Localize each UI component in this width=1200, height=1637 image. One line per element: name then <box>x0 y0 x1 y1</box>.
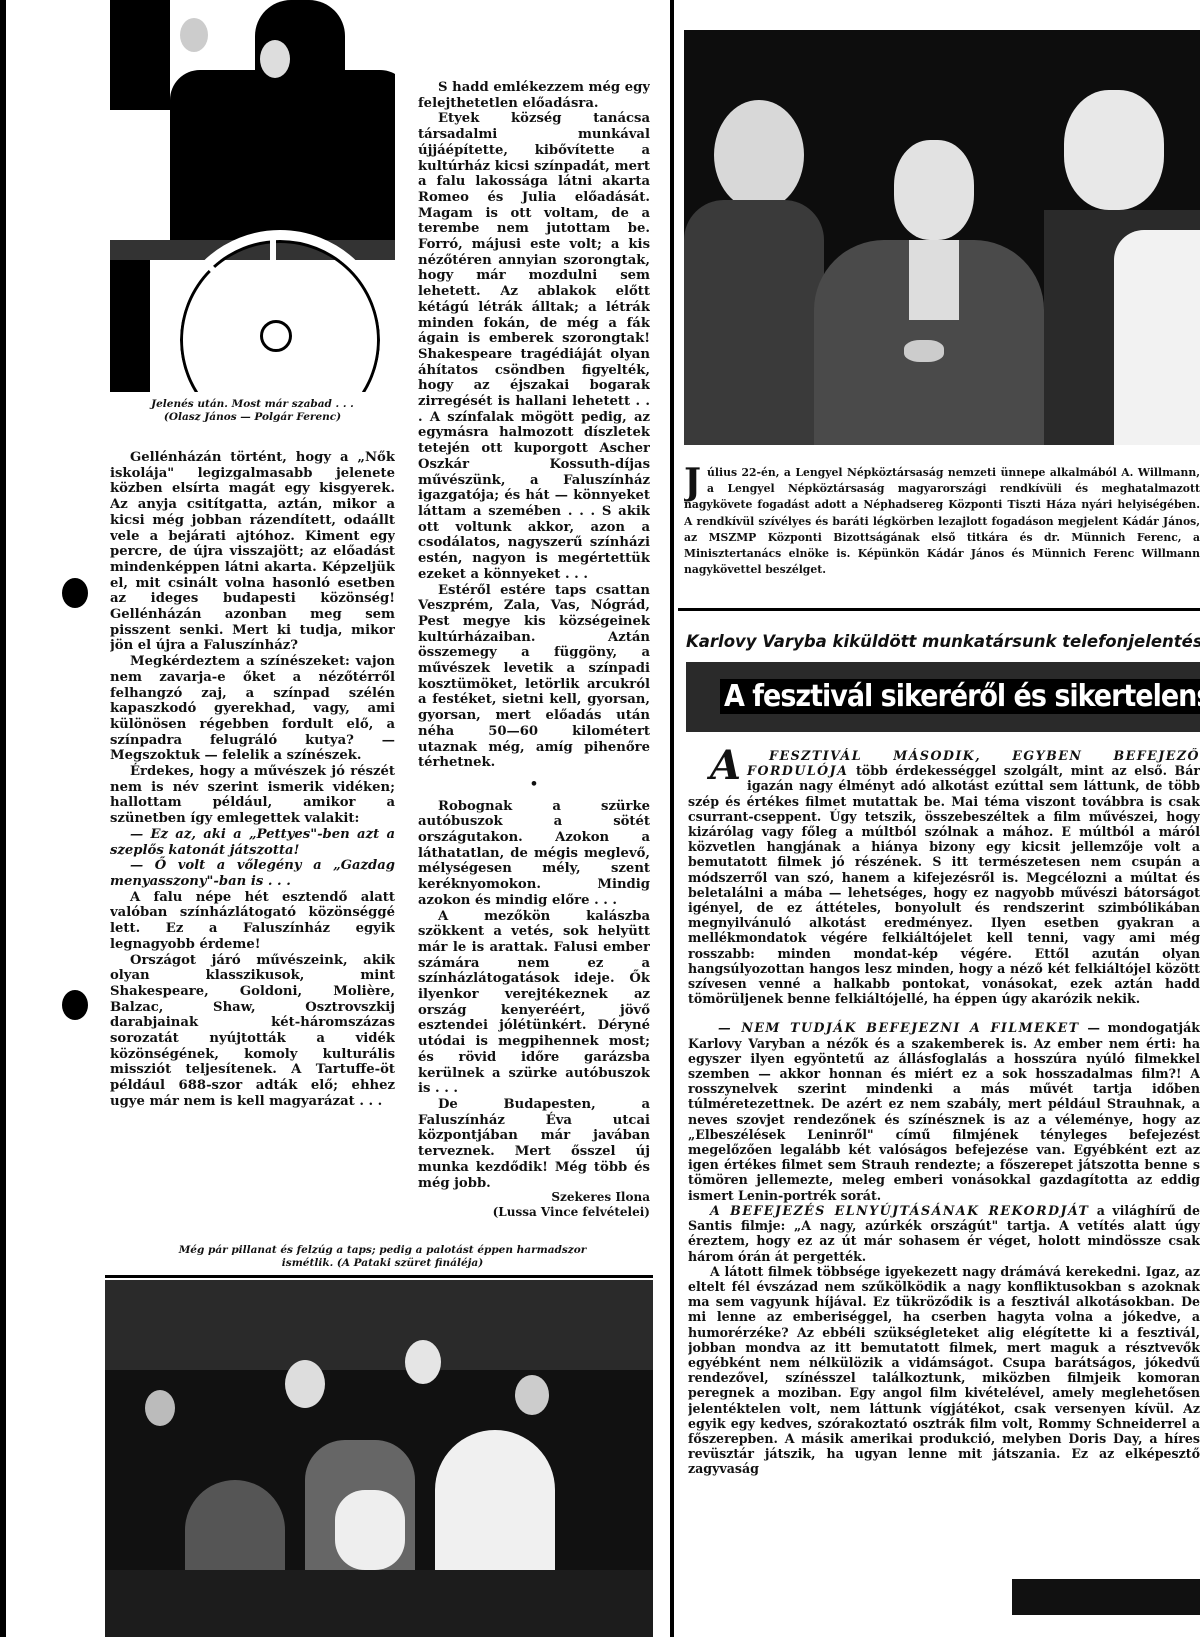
paragraph: A BEFEJEZÉS ELNYÚJTÁSÁNAK REKORDJÁT a vi… <box>688 1203 1200 1264</box>
headline-text: A fesztivál sikeréről és sikertelenségei… <box>720 679 1200 714</box>
paragraph: Robognak a szürke autóbuszok a sötét ors… <box>418 799 650 909</box>
black-block <box>1012 1579 1200 1615</box>
article-column-1: Gellénházán történt, hogy a „Nők iskoláj… <box>110 450 395 1220</box>
page-edge <box>0 0 6 1637</box>
paragraph: A látott filmek többsége igyekezett nagy… <box>688 1264 1200 1477</box>
paragraph: — Ő volt a vőlegény a „Gazdag menyasszon… <box>110 858 395 889</box>
paragraph: De Budapesten, a Faluszínház Éva utcai k… <box>418 1097 650 1190</box>
photo-carriage-scene <box>110 0 395 392</box>
punch-hole <box>62 990 88 1020</box>
paragraph: A mezőkön kalászba szökkent a vetés, sok… <box>418 909 650 1097</box>
photo-credit: (Lussa Vince felvételei) <box>418 1205 650 1220</box>
paragraph: Estéről estére taps csattan Veszprém, Za… <box>418 583 650 771</box>
paragraph-text: — mondogatják Karlovy Varyban a nézők és… <box>688 1020 1200 1202</box>
section-divider <box>678 608 1200 611</box>
photo-bottom-caption: Még pár pillanat és felzúg a taps; pedig… <box>110 1244 655 1270</box>
lead-paragraph: AFESZTIVÁL MÁSODIK, EGYBEN BEFEJEZŐ FORD… <box>688 748 1200 1006</box>
article-headline-banner: A fesztivál sikeréről és sikertelenségei… <box>686 662 1200 732</box>
drop-cap: J <box>684 467 701 497</box>
author-name: Szekeres Ilona <box>418 1190 650 1205</box>
subhead-caps: — NEM TUDJÁK BEFEJEZNI A FILMEKET <box>718 1020 1080 1035</box>
paragraph: Országot járó művészeink, akik olyan kla… <box>110 953 395 1110</box>
article-byline: Szekeres Ilona (Lussa Vince felvételei) <box>418 1190 650 1220</box>
caption-line: ismétlik. (A Pataki szüret fináléja) <box>110 1257 655 1270</box>
article-body-right: AFESZTIVÁL MÁSODIK, EGYBEN BEFEJEZŐ FORD… <box>688 748 1200 1543</box>
paragraph: Gellénházán történt, hogy a „Nők iskoláj… <box>110 450 395 654</box>
photo-top-caption: Jelenés után. Most már szabad . . . (Ola… <box>110 398 395 424</box>
paragraph: — Ez az, aki a „Pettyes"-ben azt a szepl… <box>110 827 395 858</box>
section-separator: • <box>418 777 650 793</box>
caption-line: Jelenés után. Most már szabad . . . <box>110 398 395 411</box>
punch-hole <box>62 578 88 608</box>
caption-text: úlius 22-én, a Lengyel Népköztársaság ne… <box>684 466 1200 576</box>
paragraph: Érdekes, hogy a művészek jó részét nem i… <box>110 764 395 827</box>
article-kicker: Karlovy Varyba kiküldött munkatársunk te… <box>686 632 1200 651</box>
column-rule <box>670 0 674 1637</box>
subhead-caps: A BEFEJEZÉS ELNYÚJTÁSÁNAK REKORDJÁT <box>710 1203 1089 1218</box>
article-column-2: S hadd emlékezzem még egy felejthetetlen… <box>418 80 650 1190</box>
paragraph: Megkérdeztem a színészeket: vajon nem za… <box>110 654 395 764</box>
lead-text: több érdekességgel szolgált, mint az els… <box>688 763 1200 1006</box>
paragraph: S hadd emlékezzem még egy felejthetetlen… <box>418 80 650 111</box>
photo-reception-kadar-munnich <box>684 30 1200 445</box>
caption-line: (Olasz János — Polgár Ferenc) <box>110 411 395 424</box>
paragraph: Etyek község tanácsa társadalmi munkával… <box>418 111 650 582</box>
drop-cap: A <box>688 750 741 782</box>
paragraph: — NEM TUDJÁK BEFEJEZNI A FILMEKET — mond… <box>688 1020 1200 1202</box>
photo-folk-dance <box>105 1280 653 1637</box>
divider <box>105 1275 653 1278</box>
paragraph: A falu népe hét esztendő alatt valóban s… <box>110 890 395 953</box>
photo-reception-caption: Július 22-én, a Lengyel Népköztársaság n… <box>684 465 1200 577</box>
caption-line: Még pár pillanat és felzúg a taps; pedig… <box>110 1244 655 1257</box>
